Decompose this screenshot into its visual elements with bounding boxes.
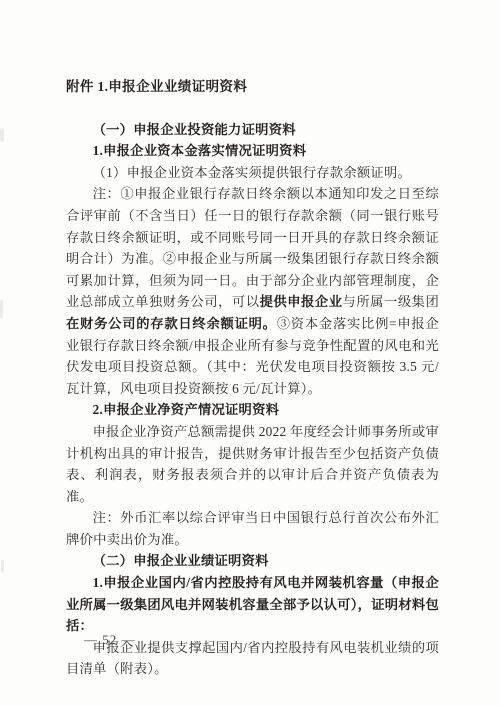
document-page: 附件 1.申报企业业绩证明资料 （一）申报企业投资能力证明资料1.申报企业资本金… xyxy=(0,0,500,706)
text-segment: 1.申报企业资本金落实情况证明资料 xyxy=(93,143,307,158)
text-segment: 注：①申报企业银行存款日终余额以本通知印发之日至综合评审前（不含当日）任一日的银… xyxy=(66,186,439,309)
section-heading: 1.申报企业资本金落实情况证明资料 xyxy=(66,140,439,162)
document-body: （一）申报企业投资能力证明资料1.申报企业资本金落实情况证明资料（1）申报企业资… xyxy=(66,119,439,680)
text-segment: 2.申报企业净资产情况证明资料 xyxy=(93,402,280,417)
scan-artifact xyxy=(0,128,4,142)
section-heading: （一）申报企业投资能力证明资料 xyxy=(66,119,439,141)
text-segment: （一）申报企业投资能力证明资料 xyxy=(93,122,296,137)
text-segment: 在财务公司的存款日终余额证明。 xyxy=(66,316,277,331)
section-heading: 1.申报企业国内/省内控股持有风电并网装机容量（申报企业所属一级集团风电并网装机… xyxy=(66,572,439,637)
text-segment: 与所属一级集团 xyxy=(343,294,440,309)
paragraph: 注：外币汇率以综合评审当日中国银行总行首次公布外汇牌价中卖出价为准。 xyxy=(66,507,439,550)
text-segment: 1.申报企业国内/省内控股持有风电并网装机容量（申报企业所属一级集团风电并网装机… xyxy=(66,575,439,633)
document-title: 附件 1.申报企业业绩证明资料 xyxy=(66,76,439,98)
text-segment: （二）申报企业业绩证明资料 xyxy=(93,553,269,568)
text-segment: 提供申报企业 xyxy=(260,294,343,309)
scan-artifact xyxy=(0,300,3,318)
text-segment: 注：外币汇率以综合评审当日中国银行总行首次公布外汇牌价中卖出价为准。 xyxy=(66,510,439,547)
paragraph: 申报企业净资产总额需提供 2022 年度经会计师事务所或审计机构出具的审计报告，… xyxy=(66,421,439,507)
scan-artifact xyxy=(1,560,4,572)
section-heading: 2.申报企业净资产情况证明资料 xyxy=(66,399,439,421)
section-heading: （二）申报企业业绩证明资料 xyxy=(66,550,439,572)
paragraph: （1）申报企业资本金落实须提供银行存款余额证明。 xyxy=(66,162,439,184)
paragraph: 注：①申报企业银行存款日终余额以本通知印发之日至综合评审前（不含当日）任一日的银… xyxy=(66,183,439,399)
page-number: — 52 — xyxy=(84,632,136,648)
text-segment: 申报企业净资产总额需提供 2022 年度经会计师事务所或审计机构出具的审计报告，… xyxy=(66,424,439,504)
text-segment: （1）申报企业资本金落实须提供银行存款余额证明。 xyxy=(93,165,411,180)
